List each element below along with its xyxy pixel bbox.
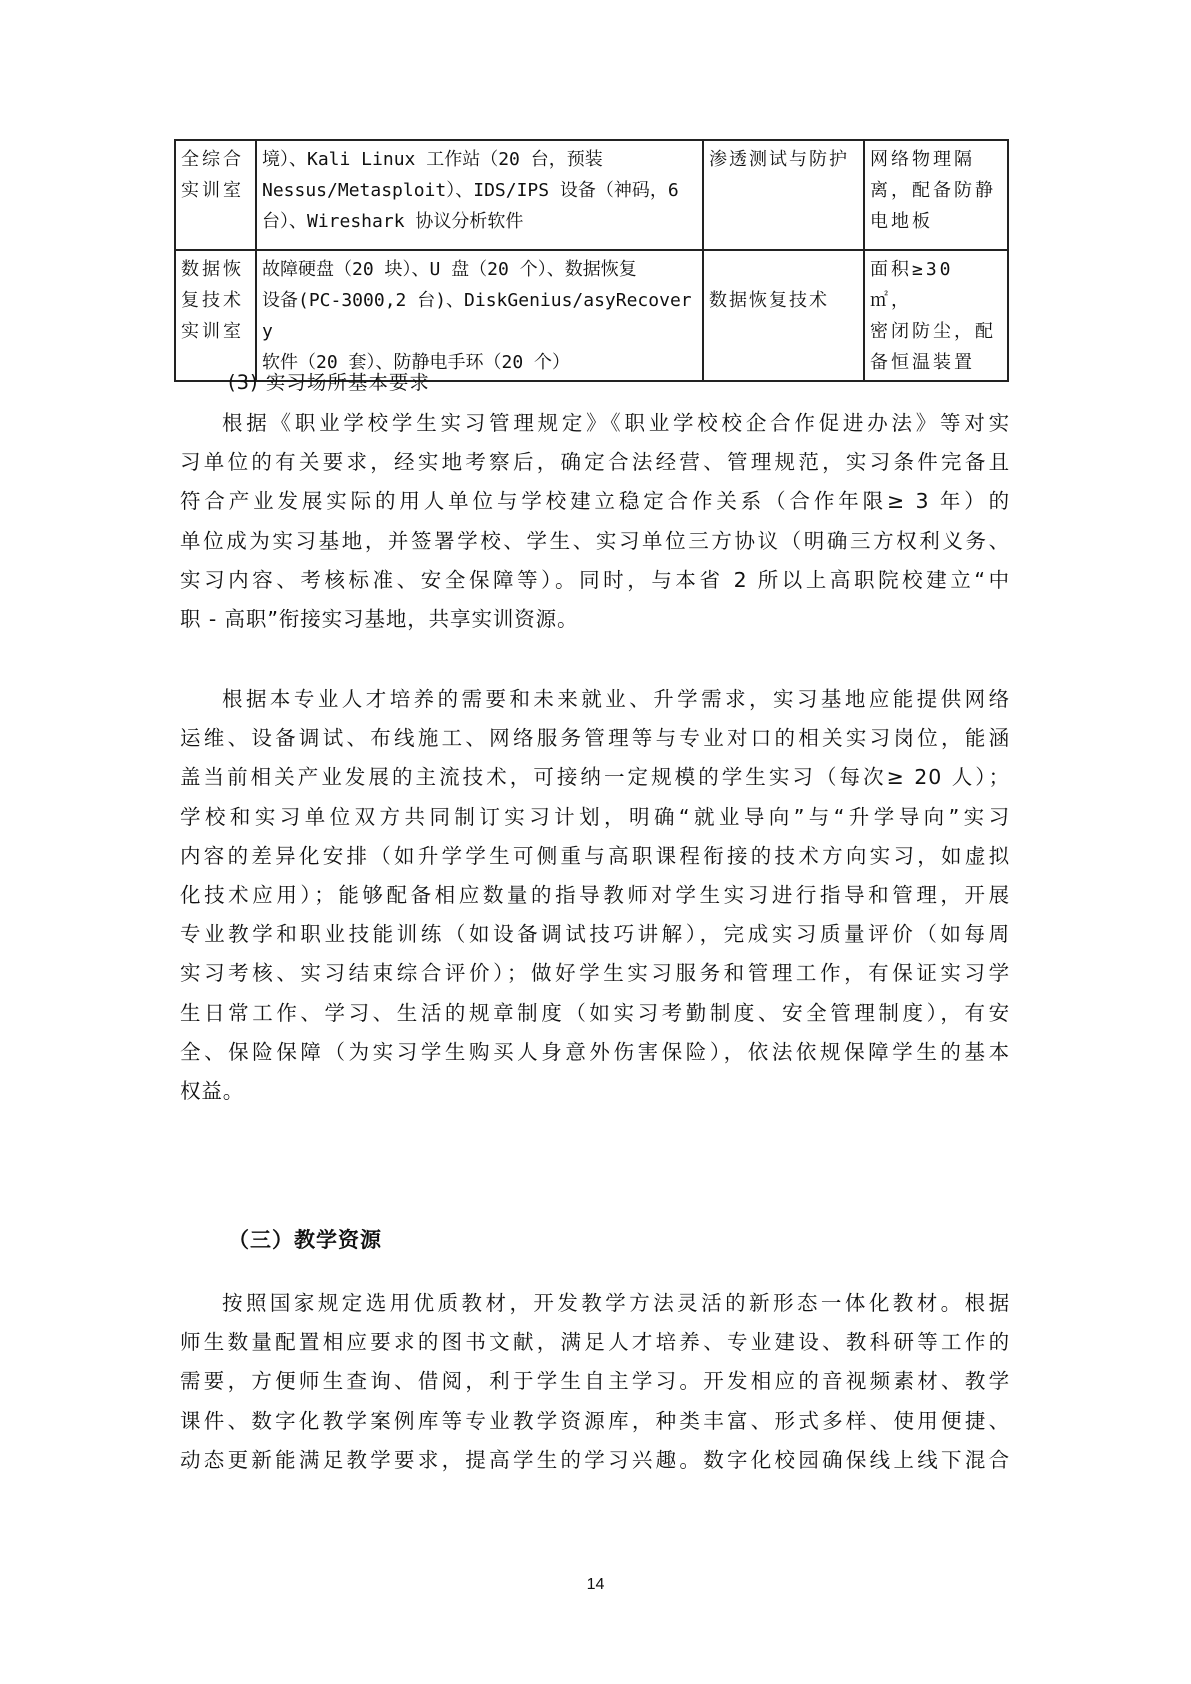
subsection-heading: (3) 实习场所基本要求 <box>228 367 430 395</box>
section-heading: （三）教学资源 <box>228 1224 382 1254</box>
equipment-cell: 故障硬盘（20 块）、U 盘（20 个）、数据恢复 设备(PC-3000,2 台… <box>256 250 703 381</box>
training-room-table: 全综合 实训室 境）、Kali Linux 工作站（20 台，预装 Nessus… <box>174 139 1009 382</box>
document-page: 全综合 实训室 境）、Kali Linux 工作站（20 台，预装 Nessus… <box>0 0 1191 1684</box>
note-cell: 网络物理隔 离，配备防静 电地板 <box>864 140 1008 250</box>
paragraph-internship-base: 根据《职业学校学生实习管理规定》《职业学校校企合作促进办法》等对实 习单位的有关… <box>180 404 1010 639</box>
paragraph-internship-requirements: 根据本专业人才培养的需要和未来就业、升学需求，实习基地应能提供网络 运维、设备调… <box>180 680 1010 1111</box>
course-cell: 数据恢复技术 <box>703 250 864 381</box>
paragraph-teaching-resources: 按照国家规定选用优质教材，开发教学方法灵活的新形态一体化教材。根据 师生数量配置… <box>180 1284 1010 1480</box>
room-name-cell: 数据恢 复技术 实训室 <box>175 250 256 381</box>
page-number: 14 <box>0 1576 1191 1594</box>
table-row: 全综合 实训室 境）、Kali Linux 工作站（20 台，预装 Nessus… <box>175 140 1008 250</box>
table-row: 数据恢 复技术 实训室 故障硬盘（20 块）、U 盘（20 个）、数据恢复 设备… <box>175 250 1008 381</box>
equipment-cell: 境）、Kali Linux 工作站（20 台，预装 Nessus/Metaspl… <box>256 140 703 250</box>
course-cell: 渗透测试与防护 <box>703 140 864 250</box>
note-cell: 面积≥30 ㎡， 密闭防尘，配 备恒温装置 <box>864 250 1008 381</box>
room-name-cell: 全综合 实训室 <box>175 140 256 250</box>
